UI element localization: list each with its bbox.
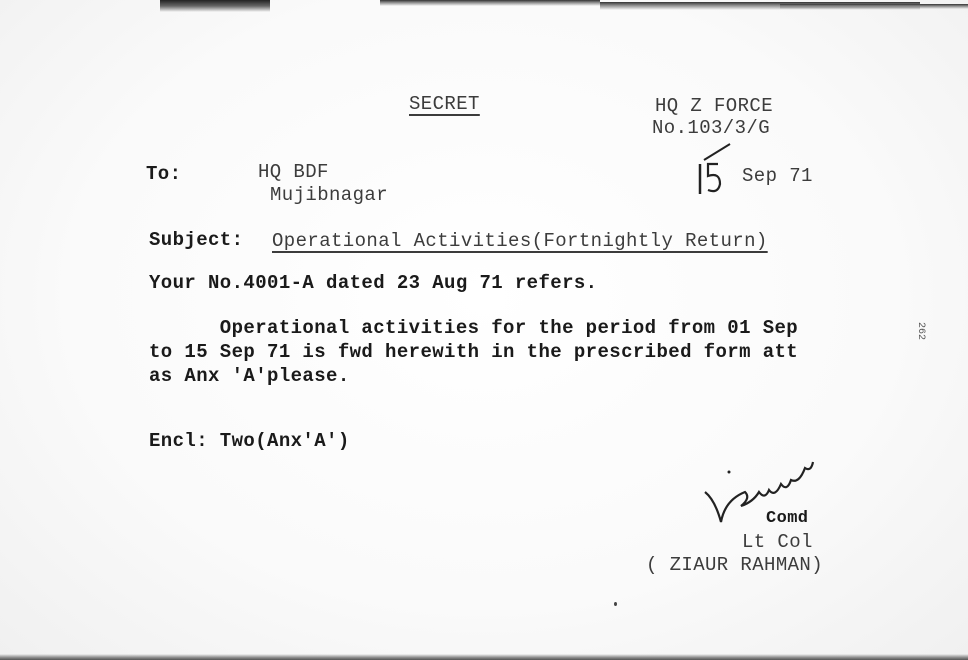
body-line-3: as Anx 'A'please. (149, 364, 350, 388)
body-line-1: Operational activities for the period fr… (149, 316, 798, 340)
document-page: SECRET HQ Z FORCE No.103/3/G 15 Sep 71 T… (0, 0, 968, 660)
signatory-name: ( ZIAUR RAHMAN) (646, 553, 823, 577)
addressee-line1: HQ BDF (258, 160, 329, 184)
sender-hq: HQ Z FORCE (655, 94, 773, 118)
margin-page-number: 262 (915, 322, 926, 340)
subject-label: Subject: (149, 228, 243, 252)
body-line-2: to 15 Sep 71 is fwd herewith in the pres… (149, 340, 798, 364)
date-month-year: Sep 71 (742, 164, 813, 188)
classification-label: SECRET (409, 92, 480, 116)
torn-top-edge (0, 0, 968, 14)
to-label: To: (146, 162, 181, 186)
reference-number: No.103/3/G (652, 116, 770, 140)
page-bottom-edge (0, 654, 968, 660)
handwritten-day (690, 140, 740, 200)
subject-text: Operational Activities(Fortnightly Retur… (272, 229, 768, 253)
addressee-line2: Mujibnagar (270, 183, 388, 207)
signatory-appointment: Comd (766, 507, 808, 531)
signatory-rank: Lt Col (742, 530, 813, 554)
enclosure-line: Encl: Two(Anx'A') (149, 429, 350, 453)
reference-line: Your No.4001-A dated 23 Aug 71 refers. (149, 271, 597, 295)
ink-speck (614, 602, 617, 606)
